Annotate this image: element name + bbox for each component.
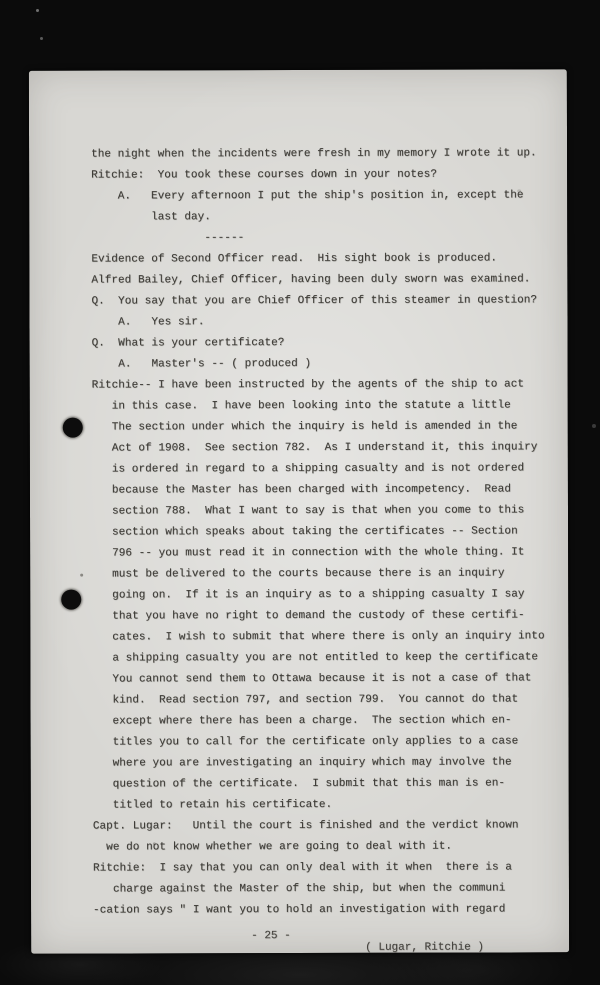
text-line: A. Every afternoon I put the ship's posi… (91, 185, 543, 207)
text-line: charge against the Master of the ship, b… (93, 878, 545, 900)
document-text: the night when the incidents were fresh … (91, 143, 545, 921)
text-line: kind. Read section 797, and section 799.… (92, 689, 544, 711)
page-footer: - 25 - ( Lugar, Ritchie ) (93, 917, 563, 939)
text-line: that you have no right to demand the cus… (92, 605, 544, 627)
text-line: the night when the incidents were fresh … (91, 143, 543, 165)
text-line: The section under which the inquiry is h… (92, 416, 544, 438)
text-line: titled to retain his certificate. (93, 794, 545, 816)
text-line: must be delivered to the courts because … (92, 563, 544, 585)
text-line: You cannot send them to Ottawa because i… (92, 668, 544, 690)
document-page: the night when the incidents were fresh … (29, 69, 569, 953)
text-line: section 788. What I want to say is that … (92, 500, 544, 522)
text-line: Capt. Lugar: Until the court is finished… (93, 815, 545, 837)
text-line: A. Yes sir. (91, 311, 543, 333)
footer-annotation: ( Lugar, Ritchie ) (365, 942, 484, 954)
text-line: Ritchie-- I have been instructed by the … (92, 374, 544, 396)
text-line: last day. (91, 206, 543, 228)
text-line: A. Master's -- ( produced ) (92, 353, 544, 375)
text-line: because the Master has been charged with… (92, 479, 544, 501)
text-line: where you are investigating an inquiry w… (93, 752, 545, 774)
text-line: a shipping casualty you are not entitled… (92, 647, 544, 669)
text-line: we do not know whether we are going to d… (93, 836, 545, 858)
dust-speck (592, 424, 596, 428)
scan-background: the night when the incidents were fresh … (0, 0, 600, 985)
text-line: in this case. I have been looking into t… (92, 395, 544, 417)
text-line: going on. If it is an inquiry as to a sh… (92, 584, 544, 606)
text-line: Ritchie: I say that you can only deal wi… (93, 857, 545, 879)
text-line: Alfred Bailey, Chief Officer, having bee… (91, 269, 543, 291)
paper-speck (80, 574, 83, 577)
text-line: cates. I wish to submit that where there… (92, 626, 544, 648)
punch-hole-bottom (61, 590, 81, 610)
text-line: Q. What is your certificate? (92, 332, 544, 354)
text-line: titles you to call for the certificate o… (93, 731, 545, 753)
text-line: Ritchie: You took these courses down in … (91, 164, 543, 186)
text-line: Q. You say that you are Chief Officer of… (91, 290, 543, 312)
text-line: question of the certificate. I submit th… (93, 773, 545, 795)
text-line: 796 -- you must read it in connection wi… (92, 542, 544, 564)
punch-hole-top (63, 418, 83, 438)
text-line: is ordered in regard to a shipping casua… (92, 458, 544, 480)
page-number: - 25 - (251, 930, 291, 942)
dust-speck (36, 9, 39, 12)
text-line: section which speaks about taking the ce… (92, 521, 544, 543)
text-line: except where there has been a charge. Th… (93, 710, 545, 732)
text-line: Act of 1908. See section 782. As I under… (92, 437, 544, 459)
text-line: ------ (91, 227, 543, 249)
dust-speck (40, 37, 43, 40)
text-line: Evidence of Second Officer read. His sig… (91, 248, 543, 270)
